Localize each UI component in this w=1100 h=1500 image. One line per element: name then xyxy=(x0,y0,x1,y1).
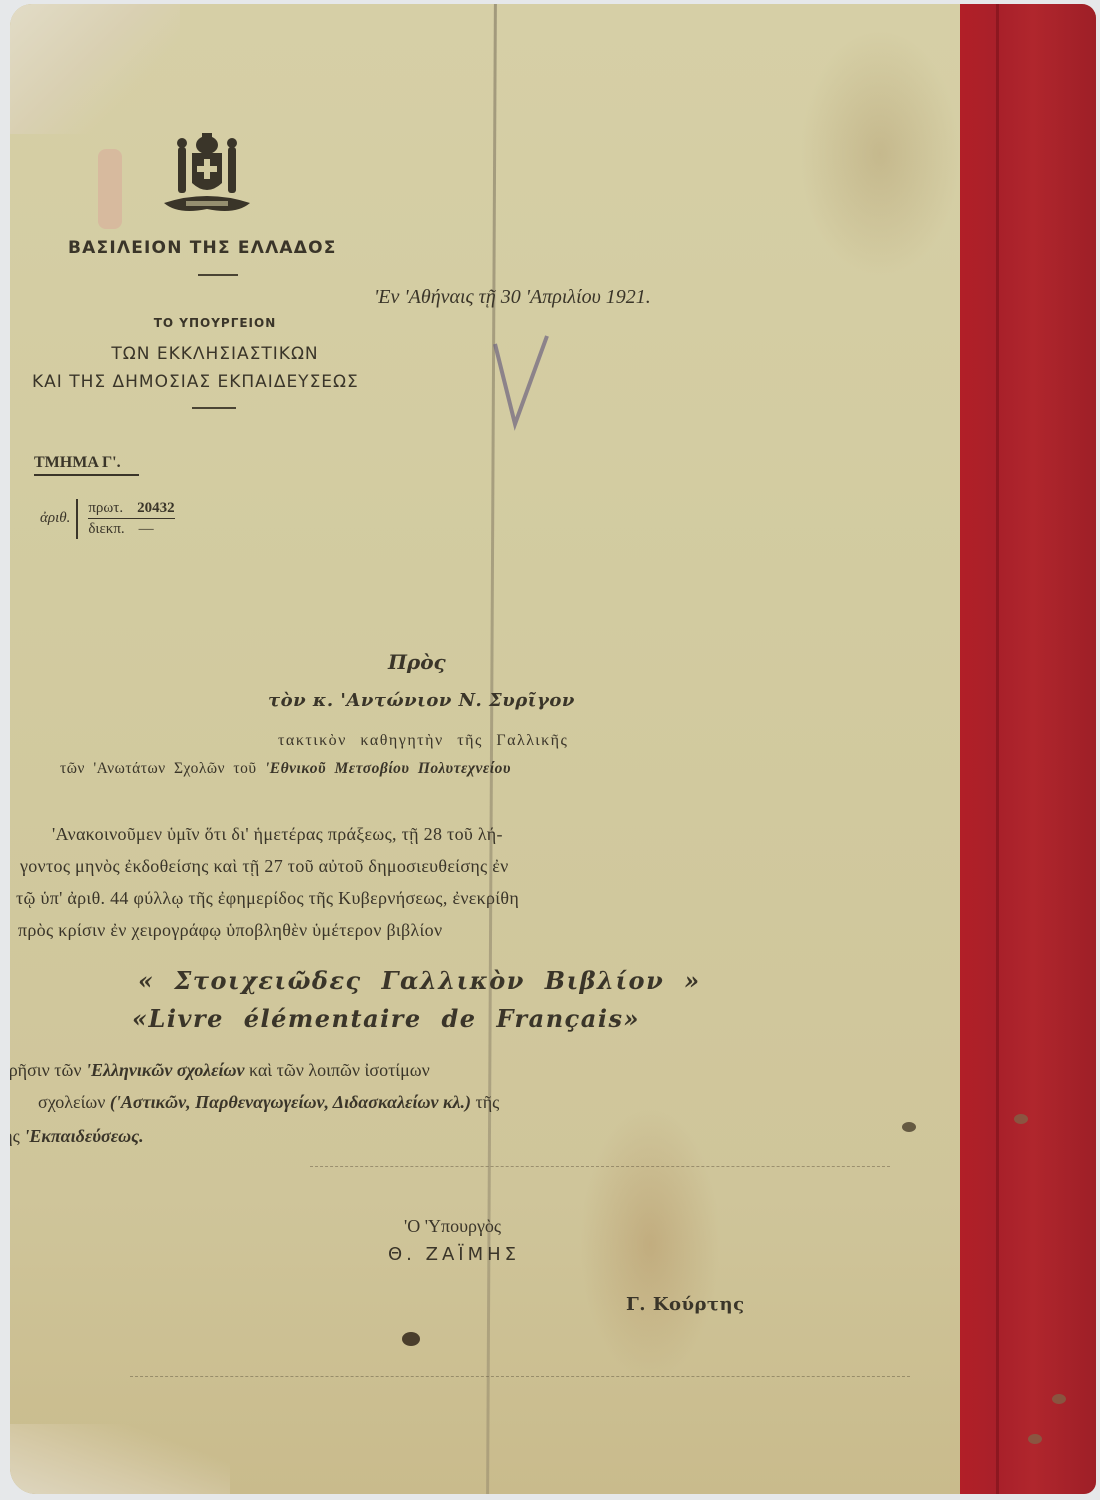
ministry-heading-line-1: ΤΟ ΥΠΟΥΡΓΕΙΟΝ xyxy=(10,316,420,330)
corner-wear-top xyxy=(10,4,180,134)
dispatch-number: — xyxy=(139,519,154,539)
clerk-name: Γ. Κούρτης xyxy=(626,1294,745,1315)
body-line: γοντος μηνὸς ἐκδοθείσης καὶ τῇ 27 τοῦ αὐ… xyxy=(20,856,509,877)
brace xyxy=(76,499,82,539)
usage-line-3: Μέσης 'Εκπαιδεύσεως. xyxy=(10,1126,144,1147)
faint-guide-line xyxy=(310,1166,890,1168)
book-title-french: «Livre élémentaire de Français» xyxy=(132,1004,640,1033)
pencil-checkmark-icon xyxy=(485,334,555,434)
addressee-institution: τῶν 'Ανωτάτων Σχολῶν τοῦ 'Εθνικοῦ Μετσοβ… xyxy=(60,760,511,778)
letter-page: ΒΑΣΙΛΕΙΟΝ ΤΗΣ ΕΛΛΑΔΟΣ ΤΟ ΥΠΟΥΡΓΕΙΟΝ ΤΩΝ … xyxy=(10,4,960,1494)
scan-background: ΒΑΣΙΛΕΙΟΝ ΤΗΣ ΕΛΛΑΔΟΣ ΤΟ ΥΠΟΥΡΓΕΙΟΝ ΤΩΝ … xyxy=(0,0,1100,1500)
body-line: τῷ ὑπ' ἀριθ. 44 φύλλῳ τῆς ἐφημερίδος τῆς… xyxy=(16,888,519,909)
usage-line-1: πρὸς χρῆσιν τῶν 'Ελληνικῶν σχολείων καὶ … xyxy=(10,1060,430,1081)
book-title-greek: « Στοιχειῶδες Γαλλικὸν Βιβλίον » xyxy=(138,966,701,995)
usage-emphasis: ('Αστικῶν, Παρθεναγωγείων, Διδασκαλείων … xyxy=(110,1092,471,1112)
ministry-heading-line-2: ΤΩΝ ΕΚΚΛΗΣΙΑΣΤΙΚΩΝ xyxy=(10,344,420,364)
protocol-label: πρωτ. xyxy=(88,498,123,518)
pink-stain xyxy=(98,149,122,229)
royal-crest-icon xyxy=(156,131,258,217)
institution-name: 'Εθνικοῦ Μετσοβίου Πολυτεχνείου xyxy=(265,760,511,777)
section-label: ΤΜΗΜΑ Γ'. xyxy=(34,454,139,476)
spine-crease xyxy=(996,4,999,1494)
book-back-cover: ΒΑΣΙΛΕΙΟΝ ΤΗΣ ΕΛΛΑΔΟΣ ΤΟ ΥΠΟΥΡΓΕΙΟΝ ΤΩΝ … xyxy=(10,4,1096,1494)
usage-text: καὶ τῶν λοιπῶν ἰσοτίμων xyxy=(249,1060,430,1080)
ink-blot xyxy=(402,1332,420,1346)
addressee-title: τακτικὸν καθηγητὴν τῆς Γαλλικῆς xyxy=(278,732,568,750)
dispatch-label: διεκπ. xyxy=(88,519,124,539)
usage-text: Μέσης xyxy=(10,1126,20,1146)
red-cloth-spine xyxy=(956,4,1096,1494)
dateline: 'Εν 'Αθήναις τῇ 30 'Απριλίου 1921. xyxy=(374,286,651,309)
spine-wear-spot xyxy=(1014,1114,1028,1124)
ref-label: ἀριθ. xyxy=(40,510,70,527)
reference-numbers: ἀριθ. πρωτ. 20432 διεκπ. — xyxy=(40,498,175,539)
ink-blot xyxy=(902,1122,916,1132)
corner-wear-bottom xyxy=(10,1424,230,1494)
addressee-to: Πρὸς xyxy=(388,650,446,674)
usage-text: τῆς xyxy=(476,1092,500,1112)
protocol-number: 20432 xyxy=(137,498,175,518)
usage-text: σχολείων xyxy=(38,1092,105,1112)
usage-line-2: σχολείων ('Αστικῶν, Παρθεναγωγείων, Διδα… xyxy=(38,1092,499,1113)
divider xyxy=(192,407,236,409)
body-line: πρὸς κρίσιν ἐν χειρογράφῳ ὑποβληθὲν ὑμέτ… xyxy=(18,920,442,941)
ministry-heading-line-3: ΚΑΙ ΤΗΣ ΔΗΜΟΣΙΑΣ ΕΚΠΑΙΔΕΥΣΕΩΣ xyxy=(32,372,359,392)
usage-text: πρὸς χρῆσιν τῶν xyxy=(10,1060,82,1080)
minister-name: Θ. ΖΑΪΜΗΣ xyxy=(388,1244,520,1265)
kingdom-heading: ΒΑΣΙΛΕΙΟΝ ΤΗΣ ΕΛΛΑΔΟΣ xyxy=(68,238,337,258)
institution-prefix: τῶν 'Ανωτάτων Σχολῶν τοῦ xyxy=(60,760,257,777)
usage-emphasis: 'Ελληνικῶν σχολείων xyxy=(86,1060,244,1080)
spine-wear-spot xyxy=(1028,1434,1042,1444)
spine-wear-spot xyxy=(1052,1394,1066,1404)
body-line: 'Ανακοινοῦμεν ὑμῖν ὅτι δι' ἡμετέρας πράξ… xyxy=(52,824,503,845)
signature-role: 'Ο 'Υπουργὸς xyxy=(404,1216,501,1237)
faint-guide-line xyxy=(130,1376,910,1378)
addressee-name: τὸν κ. 'Αντώνιον Ν. Συρῖγον xyxy=(268,690,575,711)
usage-emphasis: 'Εκπαιδεύσεως. xyxy=(24,1126,143,1146)
divider xyxy=(198,274,238,276)
